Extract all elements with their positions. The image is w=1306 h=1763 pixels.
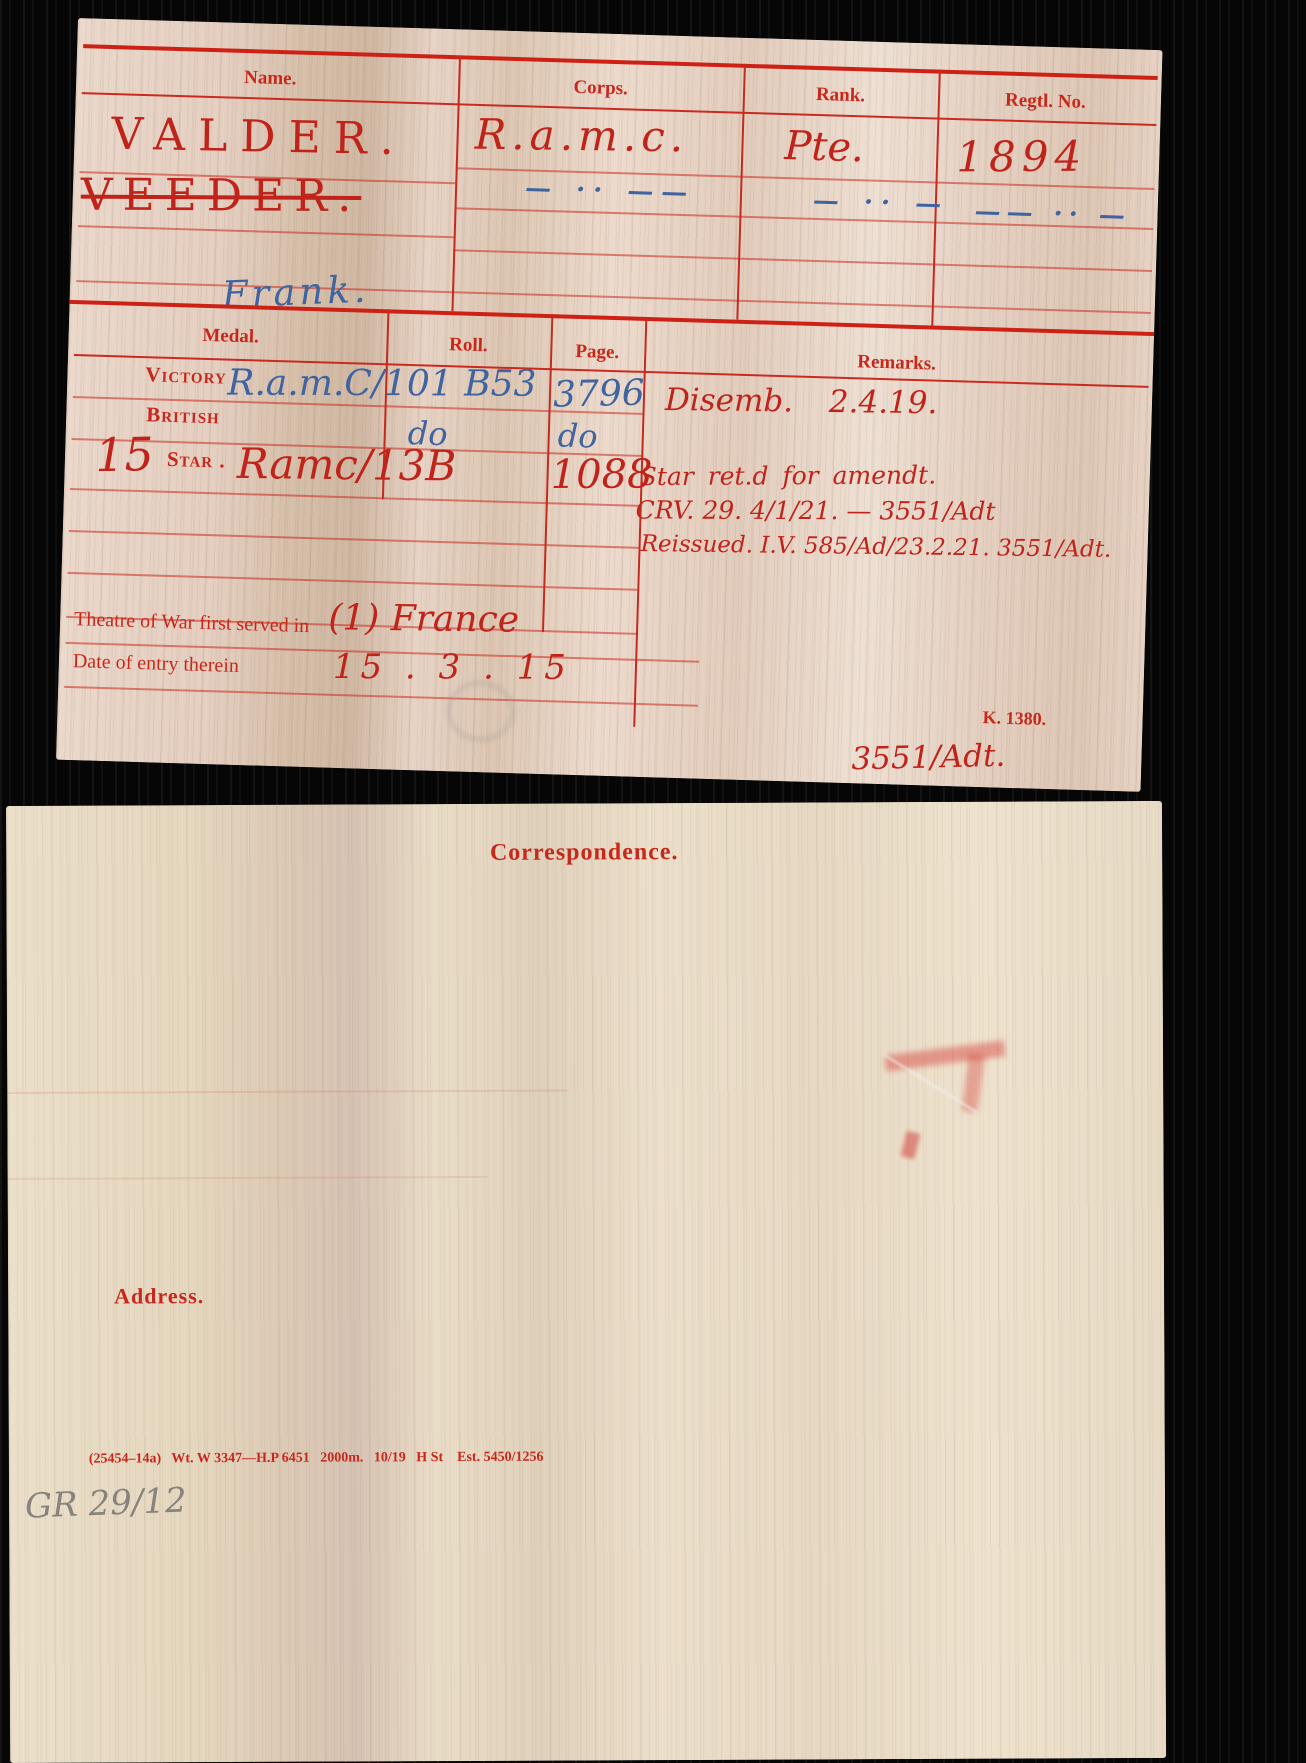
- theatre-of-war-label: Theatre of War first served in: [74, 608, 310, 638]
- ruled-line: [69, 530, 639, 549]
- ruled-line: [64, 686, 698, 707]
- scratch-mark: [883, 1053, 978, 1113]
- medal-row-british-label: British: [146, 402, 220, 429]
- theatre-of-war-value: (1) France: [328, 597, 519, 640]
- remark-reissued: Reissued. I.V. 585/Ad/23.2.21. 3551/Adt.: [641, 531, 1112, 563]
- ditto-mark-regtl: —— ·· —: [974, 197, 1131, 232]
- roll-column-header: Roll.: [386, 332, 551, 359]
- star-prefix-handwritten: 15: [94, 427, 154, 482]
- correspondence-title: Correspondence.: [6, 837, 1162, 869]
- remark-star-returned: Star ret.d for amendt.: [640, 460, 937, 491]
- rank-value-handwritten: Pte.: [784, 123, 865, 171]
- regtl-no-value-handwritten: 1894: [956, 132, 1087, 182]
- star-page-value: 1088: [551, 451, 653, 498]
- surname-handwritten: VALDER.: [111, 109, 407, 166]
- medal-row-victory-label: Victory: [145, 362, 227, 389]
- medal-column-header: Medal.: [74, 321, 387, 352]
- regtl-no-column-header: Regtl. No.: [938, 88, 1154, 116]
- remark-crv: CRV. 29. 4/1/21. — 3551/Adt: [636, 495, 996, 525]
- medal-index-card-back: Correspondence. Address. (25454–14a) Wt.…: [6, 801, 1166, 1763]
- ruled-line: [453, 249, 1152, 272]
- british-page-ditto: do: [557, 416, 598, 455]
- address-label: Address.: [114, 1283, 204, 1309]
- name-column-header: Name.: [82, 62, 458, 95]
- corps-value-handwritten: R.a.m.c.: [474, 110, 688, 162]
- ruled-line: [68, 572, 638, 591]
- victory-page-value: 3796: [553, 373, 646, 416]
- ditto-mark-corps: — ·· ——: [525, 173, 696, 208]
- star-roll-value: Ramc/13B: [237, 439, 457, 491]
- form-reference: K. 1380.: [982, 707, 1046, 730]
- paper-watermark: [445, 679, 517, 743]
- ruled-line: [78, 225, 454, 238]
- medal-index-card-front: Name. Corps. Rank. Regtl. No. VALDER. VE…: [56, 18, 1163, 792]
- ruled-line: [8, 1176, 488, 1180]
- remark-disembodied: Disemb. 2.4.19.: [665, 382, 938, 421]
- corps-column-header: Corps.: [458, 73, 744, 103]
- ink-smudge: [901, 1131, 921, 1160]
- ditto-mark-rank: — ·· —: [812, 186, 949, 220]
- ink-smudge: [885, 1040, 1006, 1071]
- ink-smudge: [961, 1053, 985, 1113]
- date-of-entry-value: 15 . 3 . 15: [333, 647, 572, 688]
- surname-struck-out: VEEDER.: [81, 170, 362, 222]
- rank-column-header: Rank.: [743, 82, 939, 110]
- ruled-line: [7, 1090, 567, 1094]
- victory-roll-value: R.a.m.C/101 B53: [227, 363, 536, 405]
- remarks-column-header: Remarks.: [644, 345, 1149, 382]
- page-column-header: Page.: [550, 340, 645, 365]
- corner-note-handwritten: 3551/Adt.: [851, 738, 1006, 777]
- pencil-annotation: GR 29/12: [24, 1480, 187, 1526]
- form-print-line: (25454–14a) Wt. W 3347—H.P 6451 2000m. 1…: [89, 1450, 544, 1468]
- medal-row-star-label: Star .: [167, 447, 226, 474]
- date-of-entry-label: Date of entry therein: [73, 650, 240, 678]
